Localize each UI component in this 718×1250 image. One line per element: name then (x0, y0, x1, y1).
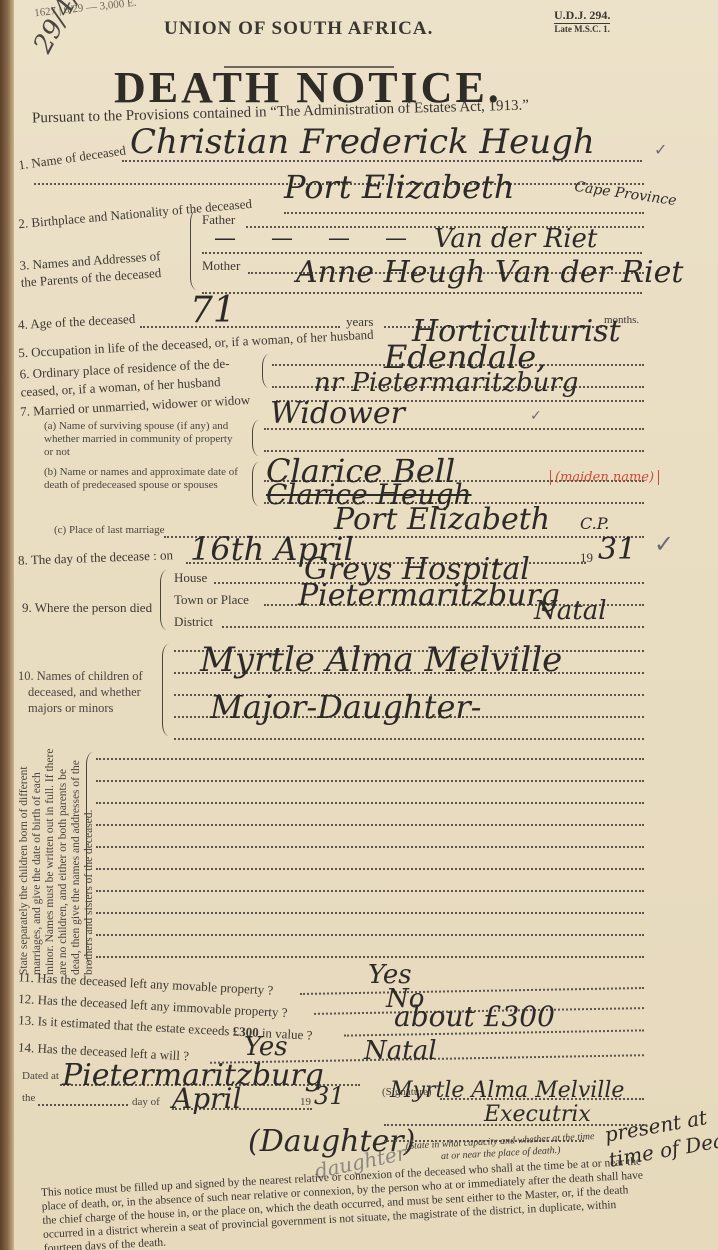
father-line-2 (202, 252, 642, 254)
decease-day-label: 8. The day of the decease : on (18, 547, 173, 568)
last-marriage-province: C.P. (580, 514, 609, 533)
the-label: the (22, 1092, 35, 1104)
day-of-label: day of (132, 1096, 160, 1108)
day-line (38, 1104, 128, 1106)
predeceased-spouse-brace (252, 462, 259, 506)
place-of-death-brace (160, 570, 167, 630)
children-brace (162, 644, 169, 736)
side-note-line-4 (96, 824, 644, 826)
surviving-spouse-brace (252, 420, 259, 456)
movable-property-line (300, 987, 644, 995)
dated-at-label: Dated at (22, 1070, 59, 1082)
age-years-line (140, 326, 340, 328)
side-note-line-8 (96, 912, 644, 914)
check-icon: ✓ (654, 530, 674, 558)
parents-brace (190, 210, 197, 290)
father-value: — — — — (214, 226, 421, 251)
mother-value: Anne Heugh Van der Riet (296, 255, 683, 290)
house-label: House (174, 570, 207, 586)
mother-line-2 (202, 292, 642, 294)
birthplace-value: Port Elizabeth (284, 168, 514, 206)
estate-value: about £300 (394, 1000, 555, 1033)
name-label: 1. Name of deceased (17, 143, 126, 174)
side-note-line-6 (96, 868, 644, 870)
predeceased-spouse-label: (b) Name or names and approximate date o… (44, 466, 244, 492)
marital-value: Widower (270, 396, 405, 431)
mother-label: Mother (202, 258, 240, 274)
town-value: Pietermaritzburg (298, 578, 560, 613)
month-value: April (172, 1082, 241, 1115)
sign-year-value: 31 (314, 1082, 345, 1110)
father-surname: Van der Riet (434, 224, 597, 254)
child-status-value: Major-Daughter- (210, 688, 481, 726)
last-marriage-label: (c) Place of last marriage (54, 524, 165, 536)
side-note-line-9 (96, 934, 644, 936)
district-label: District (174, 614, 213, 630)
form-code-sub: Late M.S.C. 1. (554, 24, 610, 34)
signature-value: Myrtle Alma Melville (390, 1078, 624, 1103)
form-code-block: U.D.J. 294. Late M.S.C. 1. (554, 8, 610, 34)
decease-year-value: 31 (598, 532, 636, 567)
parents-label: 3. Names and Addresses of the Parents of… (19, 247, 162, 291)
children-label: 10. Names of children of deceased, and w… (18, 668, 143, 716)
sign-year-prefix: 19 (300, 1096, 311, 1108)
maiden-name-annotation: (maiden name) (550, 470, 659, 485)
check-icon: ✓ (530, 408, 542, 424)
birthplace-line (284, 212, 644, 214)
place-of-death-label: 9. Where the person died (22, 600, 152, 616)
capacity-value: Executrix (484, 1102, 591, 1127)
age-label: 4. Age of the deceased (18, 311, 136, 333)
side-note-line-5 (96, 846, 644, 848)
child-name-value: Myrtle Alma Melville (200, 640, 562, 680)
district-value: Natal (534, 596, 607, 626)
side-note-line-7 (96, 890, 644, 892)
town-label: Town or Place (174, 592, 249, 608)
residence-value-2: nr Pietermaritzburg (314, 368, 578, 398)
side-note-line-2 (96, 780, 644, 782)
children-line-5 (174, 738, 644, 740)
last-marriage-value: Port Elizabeth (334, 502, 550, 537)
country-heading: UNION OF SOUTH AFRICA. (164, 18, 433, 40)
side-note-line-3 (96, 802, 644, 804)
residence-brace (262, 354, 269, 388)
side-note-line-1 (96, 758, 644, 760)
side-note-line-10 (96, 956, 644, 958)
children-side-note: State separately the children born of di… (18, 745, 96, 975)
death-notice-page: 1627 | 6/29 — 3,000 E. 29/4/31. U.D.J. 2… (14, 0, 718, 1250)
book-binding (0, 0, 14, 1250)
province-value: Natal (364, 1036, 437, 1066)
decease-year-prefix: 19 (580, 550, 593, 566)
age-years-value: 71 (190, 290, 236, 331)
surviving-spouse-label: (a) Name of surviving spouse (if any) an… (44, 420, 244, 459)
check-icon: ✓ (654, 140, 667, 159)
form-code: U.D.J. 294. (554, 8, 610, 24)
name-value: Christian Frederick Heugh (130, 122, 595, 162)
district-line (222, 626, 644, 628)
side-note-brace (86, 752, 93, 966)
surviving-spouse-line-1 (264, 428, 644, 430)
